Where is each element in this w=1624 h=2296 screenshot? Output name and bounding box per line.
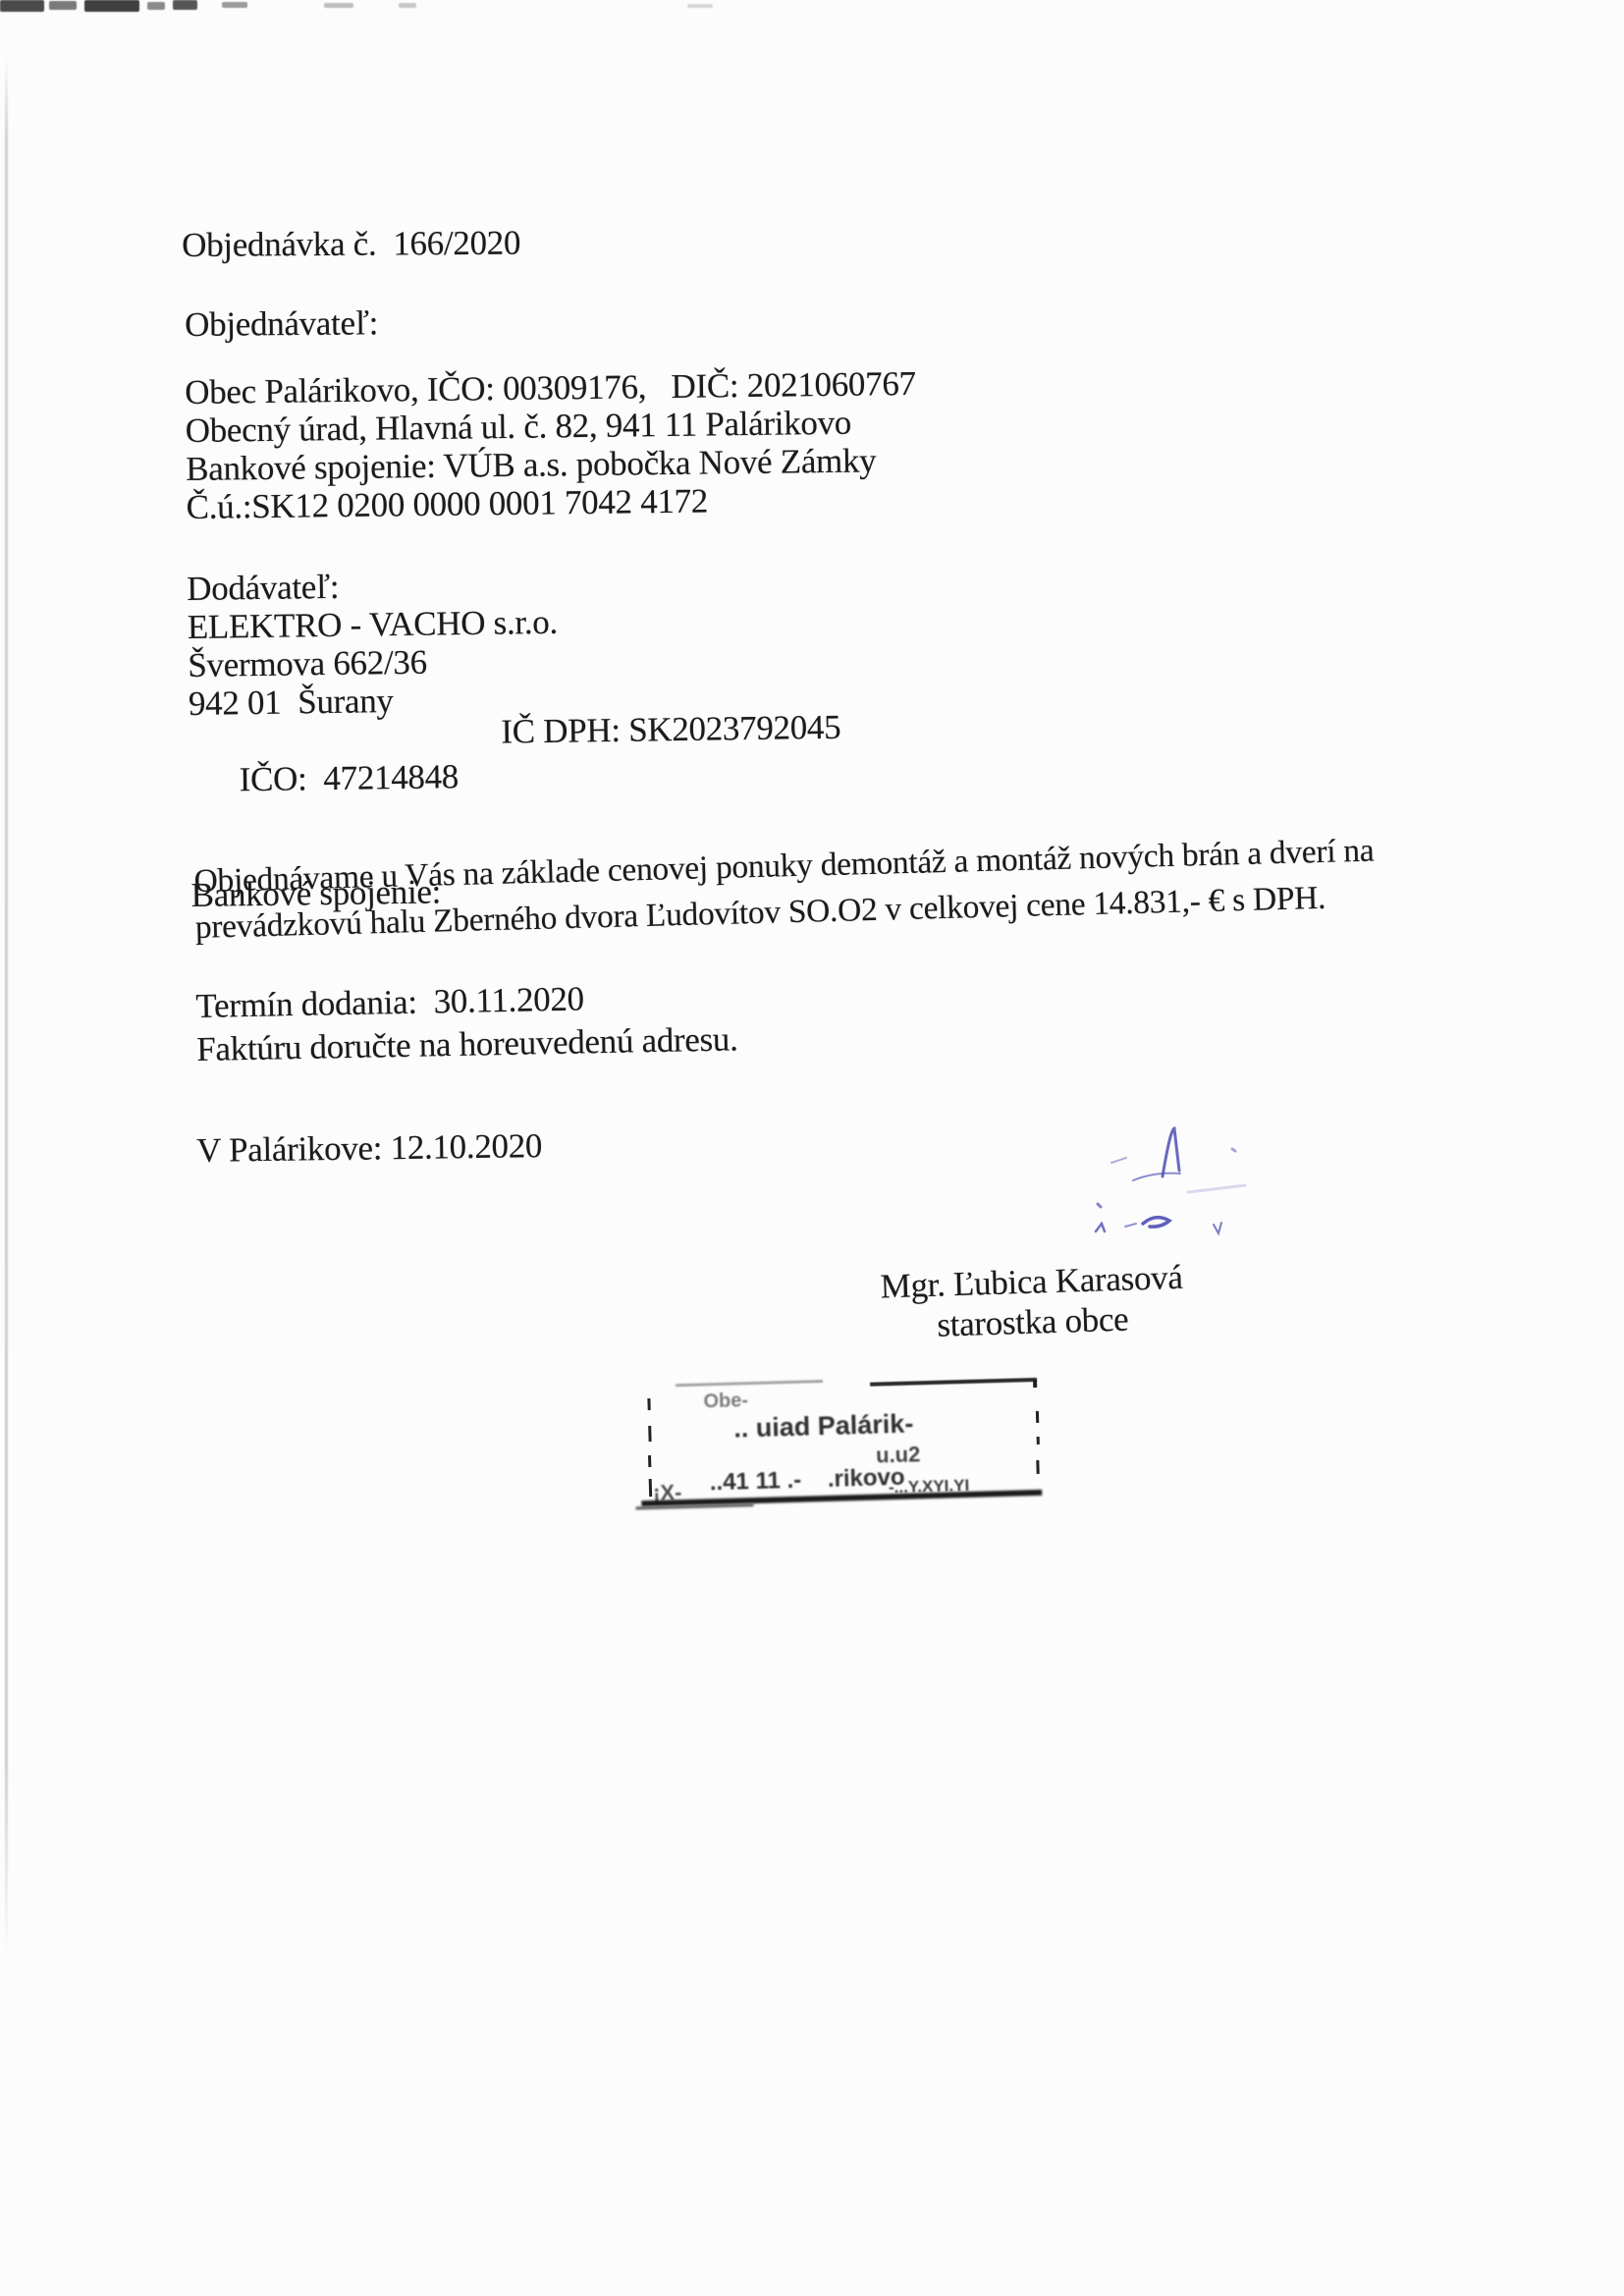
invoice-note: Faktúru doručte na horeuvedenú adresu.	[196, 1017, 738, 1071]
stamp-right-edge	[1036, 1411, 1039, 1423]
official-stamp: Obe- .. uiad Palárik- u.u2 ..41 11 .- .r…	[646, 1374, 1042, 1512]
stamp-fragment-line3: ..41 11 .- .rikovo	[709, 1464, 904, 1498]
supplier-label: Dodávateľ:	[187, 565, 558, 608]
stamp-left-edge	[647, 1398, 650, 1410]
stamp-fragment-line1: .. uiad Palárik-	[733, 1408, 914, 1444]
orderer-label: Objednávateľ:	[185, 303, 378, 344]
place-date: V Palárikove: 12.10.2020	[196, 1126, 542, 1170]
scan-artifact-smudge	[0, 0, 884, 16]
stamp-top-edge	[870, 1378, 1037, 1387]
scan-artifact-line	[5, 57, 8, 1957]
supplier-ico: IČO: 47214848	[239, 757, 459, 798]
supplier-street: Švermova 662/36	[188, 641, 559, 684]
supplier-name: ELEKTRO - VACHO s.r.o.	[188, 603, 559, 646]
orderer-line-4: Č.ú.:SK12 0200 0000 0001 7042 4172	[186, 479, 917, 526]
order-number: Objednávka č. 166/2020	[182, 224, 520, 264]
stamp-fragment-bottom: -...Y.XYI.YI	[889, 1476, 970, 1498]
scanned-order-document: Objednávka č. 166/2020 Objednávateľ: Obe…	[0, 0, 1624, 2296]
stamp-fragment-left: ¡X-	[653, 1480, 682, 1506]
stamp-fragment-top: Obe-	[703, 1390, 748, 1413]
stamp-top-edge-faint	[676, 1380, 823, 1387]
signature-ink	[1092, 1120, 1273, 1247]
supplier-ic-dph: IČ DPH: SK2023792045	[501, 708, 840, 751]
